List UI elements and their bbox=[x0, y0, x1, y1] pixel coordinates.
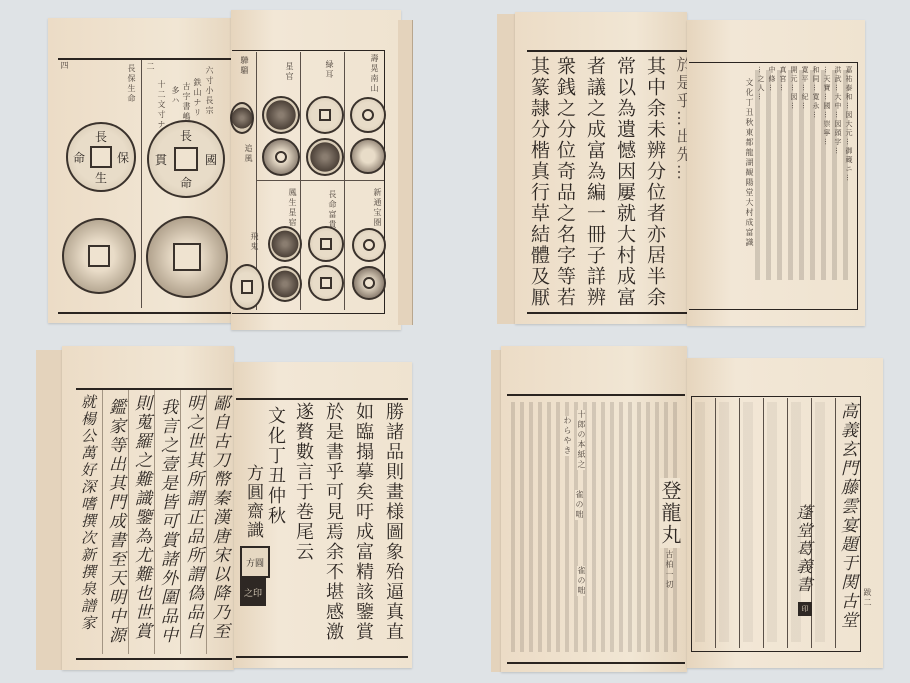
text-column: 其中余未辨分位者亦居半余 bbox=[645, 56, 664, 308]
page-stack-edge bbox=[398, 20, 413, 325]
coin-illustration bbox=[268, 266, 302, 302]
coin-label: 驊騮 bbox=[240, 56, 248, 76]
date-column: 文化丁丑仲秋 bbox=[266, 406, 284, 526]
coin-label: 長保生命 bbox=[127, 64, 135, 104]
cursive-column: 明之世其所謂正品所謂偽品自 bbox=[184, 394, 201, 641]
photo-panel-coin-catalog: 四 長保生命 二 六寸小長宗 鉄山ナリ 古字書嶋ニ 多ハ 十二文寸ナリ 長 保 … bbox=[0, 0, 455, 340]
coin-illustration bbox=[262, 96, 300, 134]
coin-label: 長命富貴 bbox=[328, 190, 336, 230]
dense-text-texture bbox=[755, 70, 851, 280]
coin-illustration bbox=[308, 226, 344, 262]
coin-label: 新通宝圏 bbox=[373, 188, 381, 228]
cursive-column: 則蒐羅之難識鑒為尤難也世賞 bbox=[132, 394, 149, 641]
note-column: 雀の咄 bbox=[575, 490, 583, 520]
column-divider bbox=[128, 390, 129, 654]
coin-illustration bbox=[230, 264, 264, 310]
coin-label: 六寸小長宗 bbox=[205, 66, 213, 116]
cursive-column: 鑑家等出其門成書至天明中源 bbox=[106, 398, 123, 645]
coin-label: 壽晃南山 bbox=[370, 54, 378, 94]
coin-illustration bbox=[268, 226, 302, 262]
column-divider bbox=[206, 390, 207, 654]
coin-label: 星官 bbox=[285, 62, 293, 82]
coin-square-hole bbox=[88, 245, 110, 268]
coin-illustration bbox=[308, 265, 344, 301]
photo-panel-colophon: 登龍丸 古柏一切 十郎の本紙之 わらやき 雀の咄 雀の咄 高義玄門藤雲宴題于関古… bbox=[455, 340, 910, 683]
text-column: 者議之成富為編一冊子詳辨 bbox=[585, 56, 604, 308]
row-divider bbox=[256, 180, 384, 181]
cursive-column: 就楊公萬好深嗜撰次新撰泉譜家 bbox=[80, 394, 95, 632]
coin-illustration bbox=[262, 138, 300, 176]
column-divider bbox=[141, 60, 142, 308]
photo-panel-cursive-preface: 鄙自古刀幣秦漢唐宋以降乃至 明之世其所謂正品所謂偽品自 我言之壹是皆可賞諸外圍品… bbox=[0, 340, 455, 683]
column-divider bbox=[835, 398, 836, 648]
text-column: 於是書乎可見焉余不堪感激 bbox=[324, 402, 342, 642]
coin-square-hole bbox=[90, 146, 111, 167]
seal-stamp: 方圓 bbox=[240, 546, 270, 578]
text-column: 常以為遺憾因屢就大村成富 bbox=[615, 56, 634, 308]
coin-illustration bbox=[230, 102, 254, 134]
coin-label: 二 bbox=[146, 62, 154, 72]
coin-illustration: 長 保 生 命 bbox=[66, 122, 136, 192]
coin-label: 鳳生星宿 bbox=[288, 188, 296, 228]
column-divider bbox=[180, 390, 181, 654]
page-mark: 四 bbox=[60, 61, 68, 71]
coin-illustration bbox=[146, 216, 228, 298]
coin-illustration bbox=[62, 218, 136, 294]
note-column: わらやき bbox=[563, 416, 571, 456]
text-column: 其篆隷分楷真行草結體及厭 bbox=[529, 56, 548, 308]
item-subtitle: 古柏一切 bbox=[665, 550, 673, 590]
column-divider bbox=[102, 390, 103, 654]
seal-stamp: 之印 bbox=[240, 578, 266, 606]
coin-illustration bbox=[352, 228, 386, 262]
coin-illustration bbox=[352, 266, 386, 300]
photo-panel-preface-text: 於是乎…出先… 其中余未辨分位者亦居半余 常以為遺憾因屢就大村成富 者議之成富為… bbox=[455, 0, 910, 340]
dense-text-texture bbox=[511, 402, 681, 652]
coin-label: 追風 bbox=[244, 144, 252, 164]
coin-label: 多ハ bbox=[171, 86, 179, 106]
coin-illustration bbox=[350, 97, 386, 133]
coin-illustration: 長 國 命 貫 bbox=[147, 120, 225, 198]
cursive-column: 我言之壹是皆可賞諸外圍品中 bbox=[158, 398, 175, 645]
signature-column: 方圓齋識 bbox=[244, 464, 261, 540]
text-column: 遂贅數言于巻尾云 bbox=[294, 402, 312, 562]
note-column: 十郎の本紙之 bbox=[577, 410, 585, 470]
column-divider bbox=[154, 390, 155, 654]
page-mark: 跋二 bbox=[863, 588, 871, 608]
column-divider bbox=[344, 52, 345, 310]
coin-illustration bbox=[306, 96, 344, 134]
colophon-column: 高義玄門藤雲宴題于関古堂 bbox=[838, 402, 855, 630]
colophon-column: 文化丁丑秋東都龍湖観陽堂大村成富識 bbox=[745, 78, 753, 248]
coin-illustration bbox=[350, 138, 386, 174]
page-stack-edge bbox=[36, 350, 65, 670]
coin-square-hole bbox=[174, 147, 197, 170]
text-column: 如臨搨摹矣吁成富精該鑒賞 bbox=[354, 402, 372, 642]
calligrapher-signature: 蓬堂葛義書 bbox=[795, 504, 811, 594]
item-title: 登龍丸 bbox=[660, 478, 680, 548]
coin-label: 飛鬼 bbox=[250, 232, 258, 252]
coin-square-hole bbox=[173, 243, 200, 270]
coin-illustration bbox=[306, 138, 344, 176]
cursive-column: 鄙自古刀幣秦漢唐宋以降乃至 bbox=[210, 394, 227, 641]
coin-label: 鉄山ナリ bbox=[193, 78, 201, 118]
column-divider bbox=[300, 52, 301, 310]
text-column: 衆銭之分位奇品之名字等若 bbox=[555, 56, 574, 308]
coin-label: 緑耳 bbox=[325, 60, 333, 80]
seal-stamp: 印 bbox=[798, 602, 812, 616]
text-column: 勝諸品則畫様圖象殆逼真直 bbox=[384, 402, 402, 642]
note-column: 雀の咄 bbox=[577, 566, 585, 596]
